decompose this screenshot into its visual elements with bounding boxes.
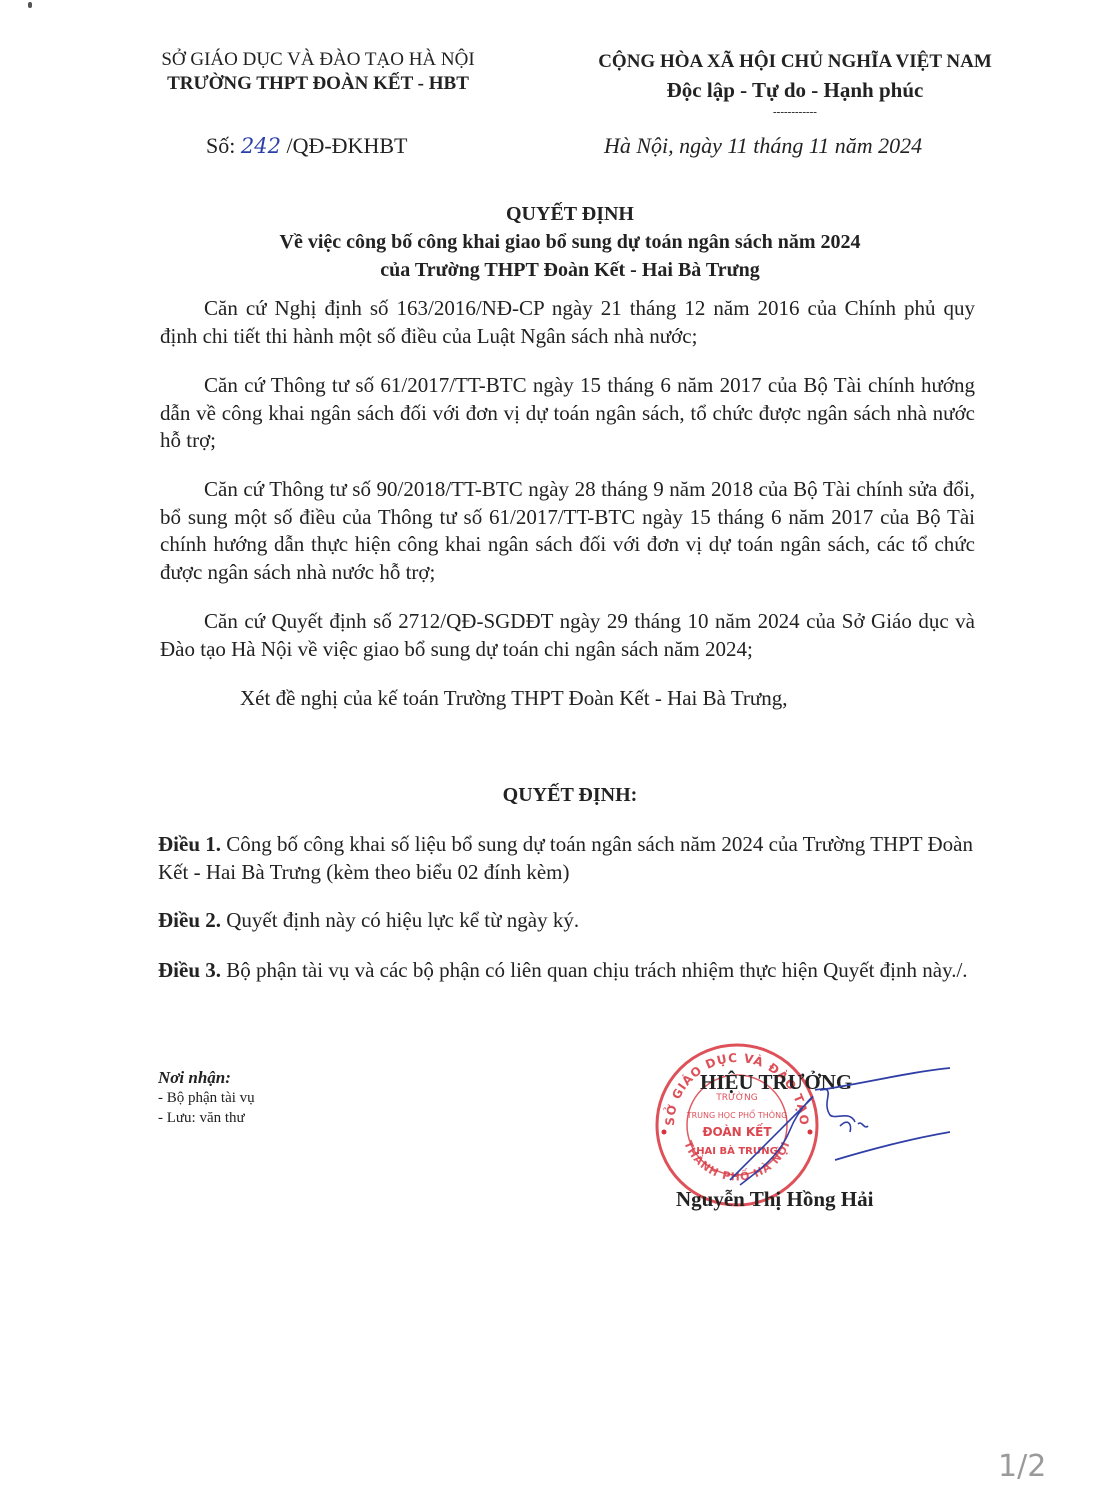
recipients-heading: Nơi nhận: [158,1068,255,1088]
doc-number-prefix: Số: [206,133,235,158]
decision-heading: QUYẾT ĐỊNH: [150,784,990,807]
article-text: Quyết định này có hiệu lực kể từ ngày ký… [221,908,579,932]
preamble-3: Căn cứ Thông tư số 90/2018/TT-BTC ngày 2… [160,476,975,586]
recipient-item: - Lưu: văn thư [158,1108,255,1128]
document-page: SỞ GIÁO DỤC VÀ ĐÀO TẠO HÀ NỘI TRƯỜNG THP… [0,0,1098,1492]
page-indicator: 1/2 [998,1449,1046,1484]
recipients: Nơi nhận: - Bộ phận tài vụ - Lưu: văn th… [158,1068,255,1128]
article-label: Điều 3. [158,958,221,982]
signer-name: Nguyễn Thị Hồng Hải [676,1187,873,1212]
doc-number-handwritten: 242 [241,134,281,158]
country-name: CỘNG HÒA XÃ HỘI CHỦ NGHĨA VIỆT NAM [565,47,1025,76]
scan-speck [28,2,32,8]
article-text: Bộ phận tài vụ và các bộ phận có liên qu… [221,958,968,982]
article-text: Công bố công khai số liệu bổ sung dự toá… [158,832,973,884]
place-and-date: Hà Nội, ngày 11 tháng 11 năm 2024 [604,133,922,159]
national-motto: CỘNG HÒA XÃ HỘI CHỦ NGHĨA VIỆT NAM Độc l… [565,47,1025,119]
recipient-item: - Bộ phận tài vụ [158,1088,255,1108]
title-subject-1: Về việc công bố công khai giao bổ sung d… [150,228,990,256]
article-label: Điều 2. [158,908,221,932]
article-1: Điều 1. Công bố công khai số liệu bổ sun… [158,831,973,886]
doc-number-suffix: /QĐ-ĐKHBT [286,133,407,158]
article-3: Điều 3. Bộ phận tài vụ và các bộ phận có… [158,957,973,985]
preamble-1: Căn cứ Nghị định số 163/2016/NĐ-CP ngày … [160,295,975,350]
preamble-4: Căn cứ Quyết định số 2712/QĐ-SGDĐT ngày … [160,608,975,663]
title-subject-2: của Trường THPT Đoàn Kết - Hai Bà Trưng [150,256,990,284]
preamble-2: Căn cứ Thông tư số 61/2017/TT-BTC ngày 1… [160,372,975,455]
title-heading: QUYẾT ĐỊNH [150,200,990,228]
document-number: Số: 242 /QĐ-ĐKHBT [206,133,407,159]
handwritten-signature-icon [700,1060,960,1190]
motto: Độc lập - Tự do - Hạnh phúc [565,76,1025,105]
document-title: QUYẾT ĐỊNH Về việc công bố công khai gia… [150,200,990,284]
motto-separator: ------------ [565,105,1025,119]
preamble-5: Xét đề nghị của kế toán Trường THPT Đoàn… [160,685,975,713]
issuing-authority: SỞ GIÁO DỤC VÀ ĐÀO TẠO HÀ NỘI TRƯỜNG THP… [118,48,518,96]
article-label: Điều 1. [158,832,221,856]
authority-line-1: SỞ GIÁO DỤC VÀ ĐÀO TẠO HÀ NỘI [118,48,518,72]
article-2: Điều 2. Quyết định này có hiệu lực kể từ… [158,907,973,935]
authority-line-2: TRƯỜNG THPT ĐOÀN KẾT - HBT [118,72,518,96]
